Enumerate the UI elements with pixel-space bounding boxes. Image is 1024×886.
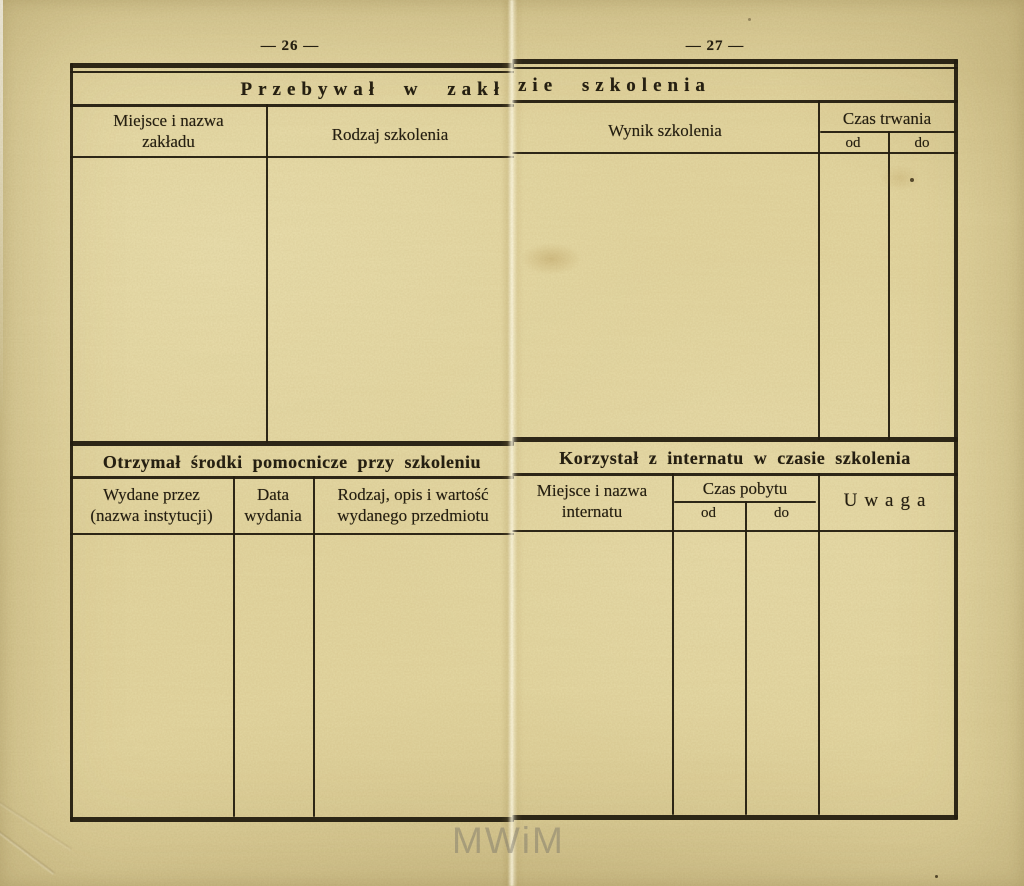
table-rule xyxy=(512,815,958,820)
col-header-duration-from: od xyxy=(820,135,886,152)
table-rule xyxy=(512,530,958,532)
col-header-issue-date: Data wydania xyxy=(234,484,312,526)
col-header-issued-by: Wydane przez (nazwa instytucji) xyxy=(71,484,232,526)
page-number-right: — 27 — xyxy=(655,38,775,55)
paper-speck xyxy=(935,875,938,878)
table-rule xyxy=(70,441,514,446)
table-rule xyxy=(512,473,958,476)
crease-line xyxy=(0,824,55,875)
table-rule xyxy=(512,59,958,64)
col-header-issued-by-line2: (nazwa instytucji) xyxy=(71,505,232,526)
aids-section-title: Otrzymał środki pomocnicze przy szkoleni… xyxy=(70,452,514,473)
table-rule xyxy=(512,67,958,69)
table-rule xyxy=(70,817,514,822)
col-header-training-type: Rodzaj szkolenia xyxy=(268,124,512,145)
col-header-item-line1: Rodzaj, opis i wartość xyxy=(314,484,512,505)
training-table-title-left: Przebywał w zakł xyxy=(70,79,505,101)
col-header-training-result: Wynik szkolenia xyxy=(514,120,816,141)
col-header-issued-by-line1: Wydane przez xyxy=(71,484,232,505)
table-rule xyxy=(70,71,514,73)
crease-line xyxy=(0,788,72,850)
dormitory-section-title: Korzystał z internatu w czasie szkolenia xyxy=(512,448,958,469)
col-header-item-line2: wydanego przedmiotu xyxy=(314,505,512,526)
table-rule xyxy=(512,437,958,442)
col-header-remarks: Uwaga xyxy=(822,490,954,512)
table-rule xyxy=(70,476,514,479)
aids-dormitory-table-body xyxy=(73,535,954,815)
col-header-issue-date-line2: wydania xyxy=(234,505,312,526)
training-table-title-right: zie szkolenia xyxy=(518,75,958,97)
col-header-duration-to: do xyxy=(890,135,954,152)
table-rule xyxy=(70,63,514,68)
scanned-booklet-page: — 26 — — 27 — Przebywał w zakł zie szkol… xyxy=(0,0,1024,886)
col-header-item: Rodzaj, opis i wartość wydanego przedmio… xyxy=(314,484,512,526)
col-header-dormitory-place-line2: internatu xyxy=(513,501,671,522)
scan-edge xyxy=(0,0,3,420)
col-header-stay: Czas pobytu xyxy=(674,478,816,499)
table-rule xyxy=(512,152,958,154)
col-header-dormitory-place: Miejsce i nazwa internatu xyxy=(513,480,671,522)
col-header-place-line1: Miejsce i nazwa xyxy=(72,110,265,131)
col-header-place-line2: zakładu xyxy=(72,131,265,152)
table-rule xyxy=(512,100,958,103)
col-header-place: Miejsce i nazwa zakładu xyxy=(72,110,265,152)
col-header-issue-date-line1: Data xyxy=(234,484,312,505)
col-header-stay-to: do xyxy=(747,505,816,522)
paper-speck xyxy=(748,18,751,21)
training-table-body xyxy=(73,158,954,441)
page-number-left: — 26 — xyxy=(230,38,350,55)
watermark: MWiM xyxy=(452,820,565,862)
col-header-stay-from: od xyxy=(674,505,743,522)
col-header-duration: Czas trwania xyxy=(820,108,954,129)
col-header-dormitory-place-line1: Miejsce i nazwa xyxy=(513,480,671,501)
table-rule xyxy=(70,104,514,107)
